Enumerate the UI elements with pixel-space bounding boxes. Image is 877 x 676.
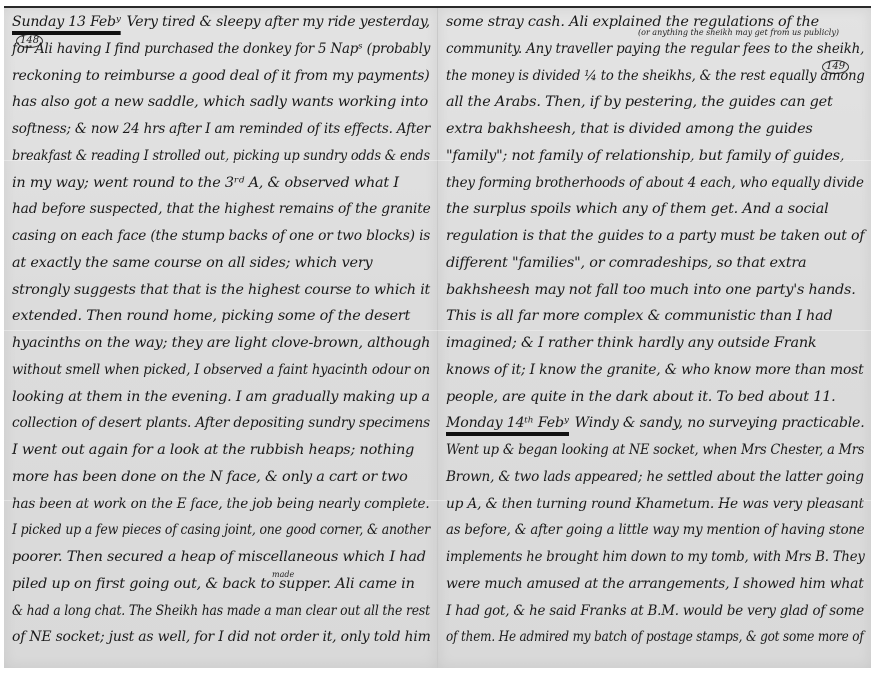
line-7: in my way; went round to the 3ʳᵈ A, & ob… [12,175,399,191]
r-line-20: as before, & after going a little way my… [446,522,864,538]
r-line-6: "family"; not family of relationship, bu… [446,148,844,164]
line-15: looking at them in the evening. I am gra… [12,389,430,405]
line-11: strongly suggests that that is the highe… [12,282,430,298]
line-9: casing on each face (the stump backs of … [12,228,430,244]
left-page: 148 made Sunday 13 FebʸVery tired & slee… [4,8,438,668]
line-12: extended. Then round home, picking some … [12,308,410,324]
line-22: piled up on first going out, & back to s… [12,576,415,592]
r-line-9: regulation is that the guides to a party… [446,228,864,244]
line-16: collection of desert plants. After depos… [12,415,430,431]
line-1: Sunday 13 FebʸVery tired & sleepy after … [12,14,430,30]
manuscript-scan: 148 made Sunday 13 FebʸVery tired & slee… [0,0,877,676]
line-14: without smell when picked, I observed a … [12,362,430,378]
r-line-24: of them. He admired my batch of postage … [446,629,864,645]
line-3: reckoning to reimburse a good deal of it… [12,68,430,84]
r-line-18: Brown, & two lads appeared; he settled a… [446,469,864,485]
r-line-23: I had got, & he said Franks at B.M. woul… [446,603,864,619]
r-line-8: the surplus spoils which any of them get… [446,201,829,217]
r-line-14: knows of it; I know the granite, & who k… [446,362,863,378]
line-21: poorer. Then secured a heap of miscellan… [12,549,426,565]
r-line-15: people, are quite in the dark about it. … [446,389,836,405]
r-line-13: imagined; & I rather think hardly any ou… [446,335,816,351]
r-line-5: extra bakhsheesh, that is divided among … [446,121,813,137]
r-line-19: up A, & then turning round Khametum. He … [446,496,864,512]
line-19: has been at work on the E face, the job … [12,496,429,512]
line-4: has also got a new saddle, which sadly w… [12,94,428,110]
line-5: softness; & now 24 hrs after I am remind… [12,121,430,137]
line-10: at exactly the same course on all sides;… [12,255,372,271]
line-18: more has been done on the N face, & only… [12,469,408,485]
paper-fold [4,160,871,161]
r-line-12: This is all far more complex & communist… [446,308,833,324]
line-6: breakfast & reading I strolled out, pick… [12,148,430,164]
r-line-17: Went up & began looking at NE socket, wh… [446,442,864,458]
line-23: & had a long chat. The Sheikh has made a… [12,603,430,619]
paper-fold [4,500,871,501]
r-line-3: the money is divided ¼ to the sheikhs, &… [446,68,865,84]
r-line-22: were much amused at the arrangements, I … [446,576,864,592]
line-17: I went out again for a look at the rubbi… [12,442,414,458]
line-2: for Ali having I find purchased the donk… [12,41,430,57]
right-page: 149 (or anything the sheikh may get from… [438,8,871,668]
date-heading-monday: Monday 14ᵗʰ Febʸ [446,415,569,436]
line-8: had before suspected, that the highest r… [12,201,431,217]
r-line-4: all the Arabs. Then, if by pestering, th… [446,94,833,110]
date-heading: Sunday 13 Febʸ [12,14,121,35]
r-date-line: Monday 14ᵗʰ FebʸWindy & sandy, no survey… [446,415,865,431]
r-line-7: they forming brotherhoods of about 4 eac… [446,175,864,191]
line-24: of NE socket; just as well, for I did no… [12,629,431,645]
r-line-2: community. Any traveller paying the regu… [446,41,864,57]
r-line-21: implements he brought him down to my tom… [446,549,865,565]
paper-fold [4,330,871,331]
r-line-11: bakhsheesh may not fall too much into on… [446,282,856,298]
r-line-1: some stray cash. Ali explained the regul… [446,14,819,30]
r-line-10: different "families", or comradeships, s… [446,255,806,271]
line-20: I picked up a few pieces of casing joint… [12,522,430,538]
line-13: hyacinths on the way; they are light clo… [12,335,430,351]
